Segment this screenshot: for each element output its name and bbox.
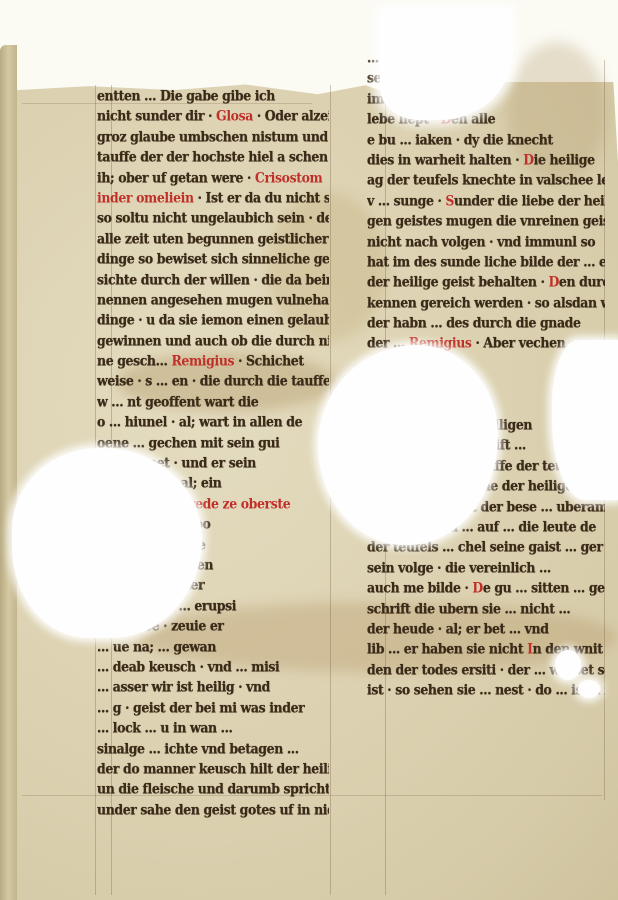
line-text: auch me bilde · — [367, 579, 472, 596]
line-text: under die liebe der heili — [454, 192, 605, 209]
rubric-text: Remigius — [171, 352, 234, 369]
line-text: · Schichet — [234, 352, 304, 369]
line-text: ne gesch... — [97, 352, 171, 369]
rubric-text: S — [445, 192, 454, 209]
rubric-text: D — [523, 151, 533, 168]
rubric-text: Crisostom — [255, 168, 322, 185]
rubric-text: inder omeliein — [97, 189, 194, 206]
line-text: en durch — [559, 273, 605, 290]
line-text: ih; ober uf getan were · — [97, 168, 255, 185]
line-text: v ... sunge · — [367, 192, 445, 209]
line-text: dies in warheit halten · — [367, 151, 523, 168]
manuscript-photo: entten ... Die gabe gibe ich nicht sunde… — [0, 0, 618, 900]
rubric-text: Glosa — [216, 107, 253, 124]
line-text: der heilige geist behalten · — [367, 273, 548, 290]
parchment-hole-left — [12, 448, 202, 638]
line-text: nicht sunder dir · — [97, 107, 216, 124]
small-hole — [578, 680, 600, 698]
small-hole — [555, 650, 581, 680]
manuscript-line: under sahe den geist gotes uf in nider — [97, 798, 329, 821]
book-binding-edge — [0, 45, 17, 900]
parchment-hole-right — [552, 340, 618, 500]
manuscript-line: ist · so sehen sie ... nest · do ... ist… — [367, 679, 605, 702]
rubric-text: D — [548, 273, 558, 290]
line-text: lib ... er haben sie nicht — [367, 640, 527, 657]
rubric-text: D — [472, 579, 482, 596]
line-text: · Oder alzei — [253, 107, 329, 124]
line-text: ie heilige — [534, 151, 595, 168]
line-text: · Ist er da du nicht sihest — [194, 189, 329, 206]
line-text: e gu ... sitten ... ge — [483, 579, 605, 596]
